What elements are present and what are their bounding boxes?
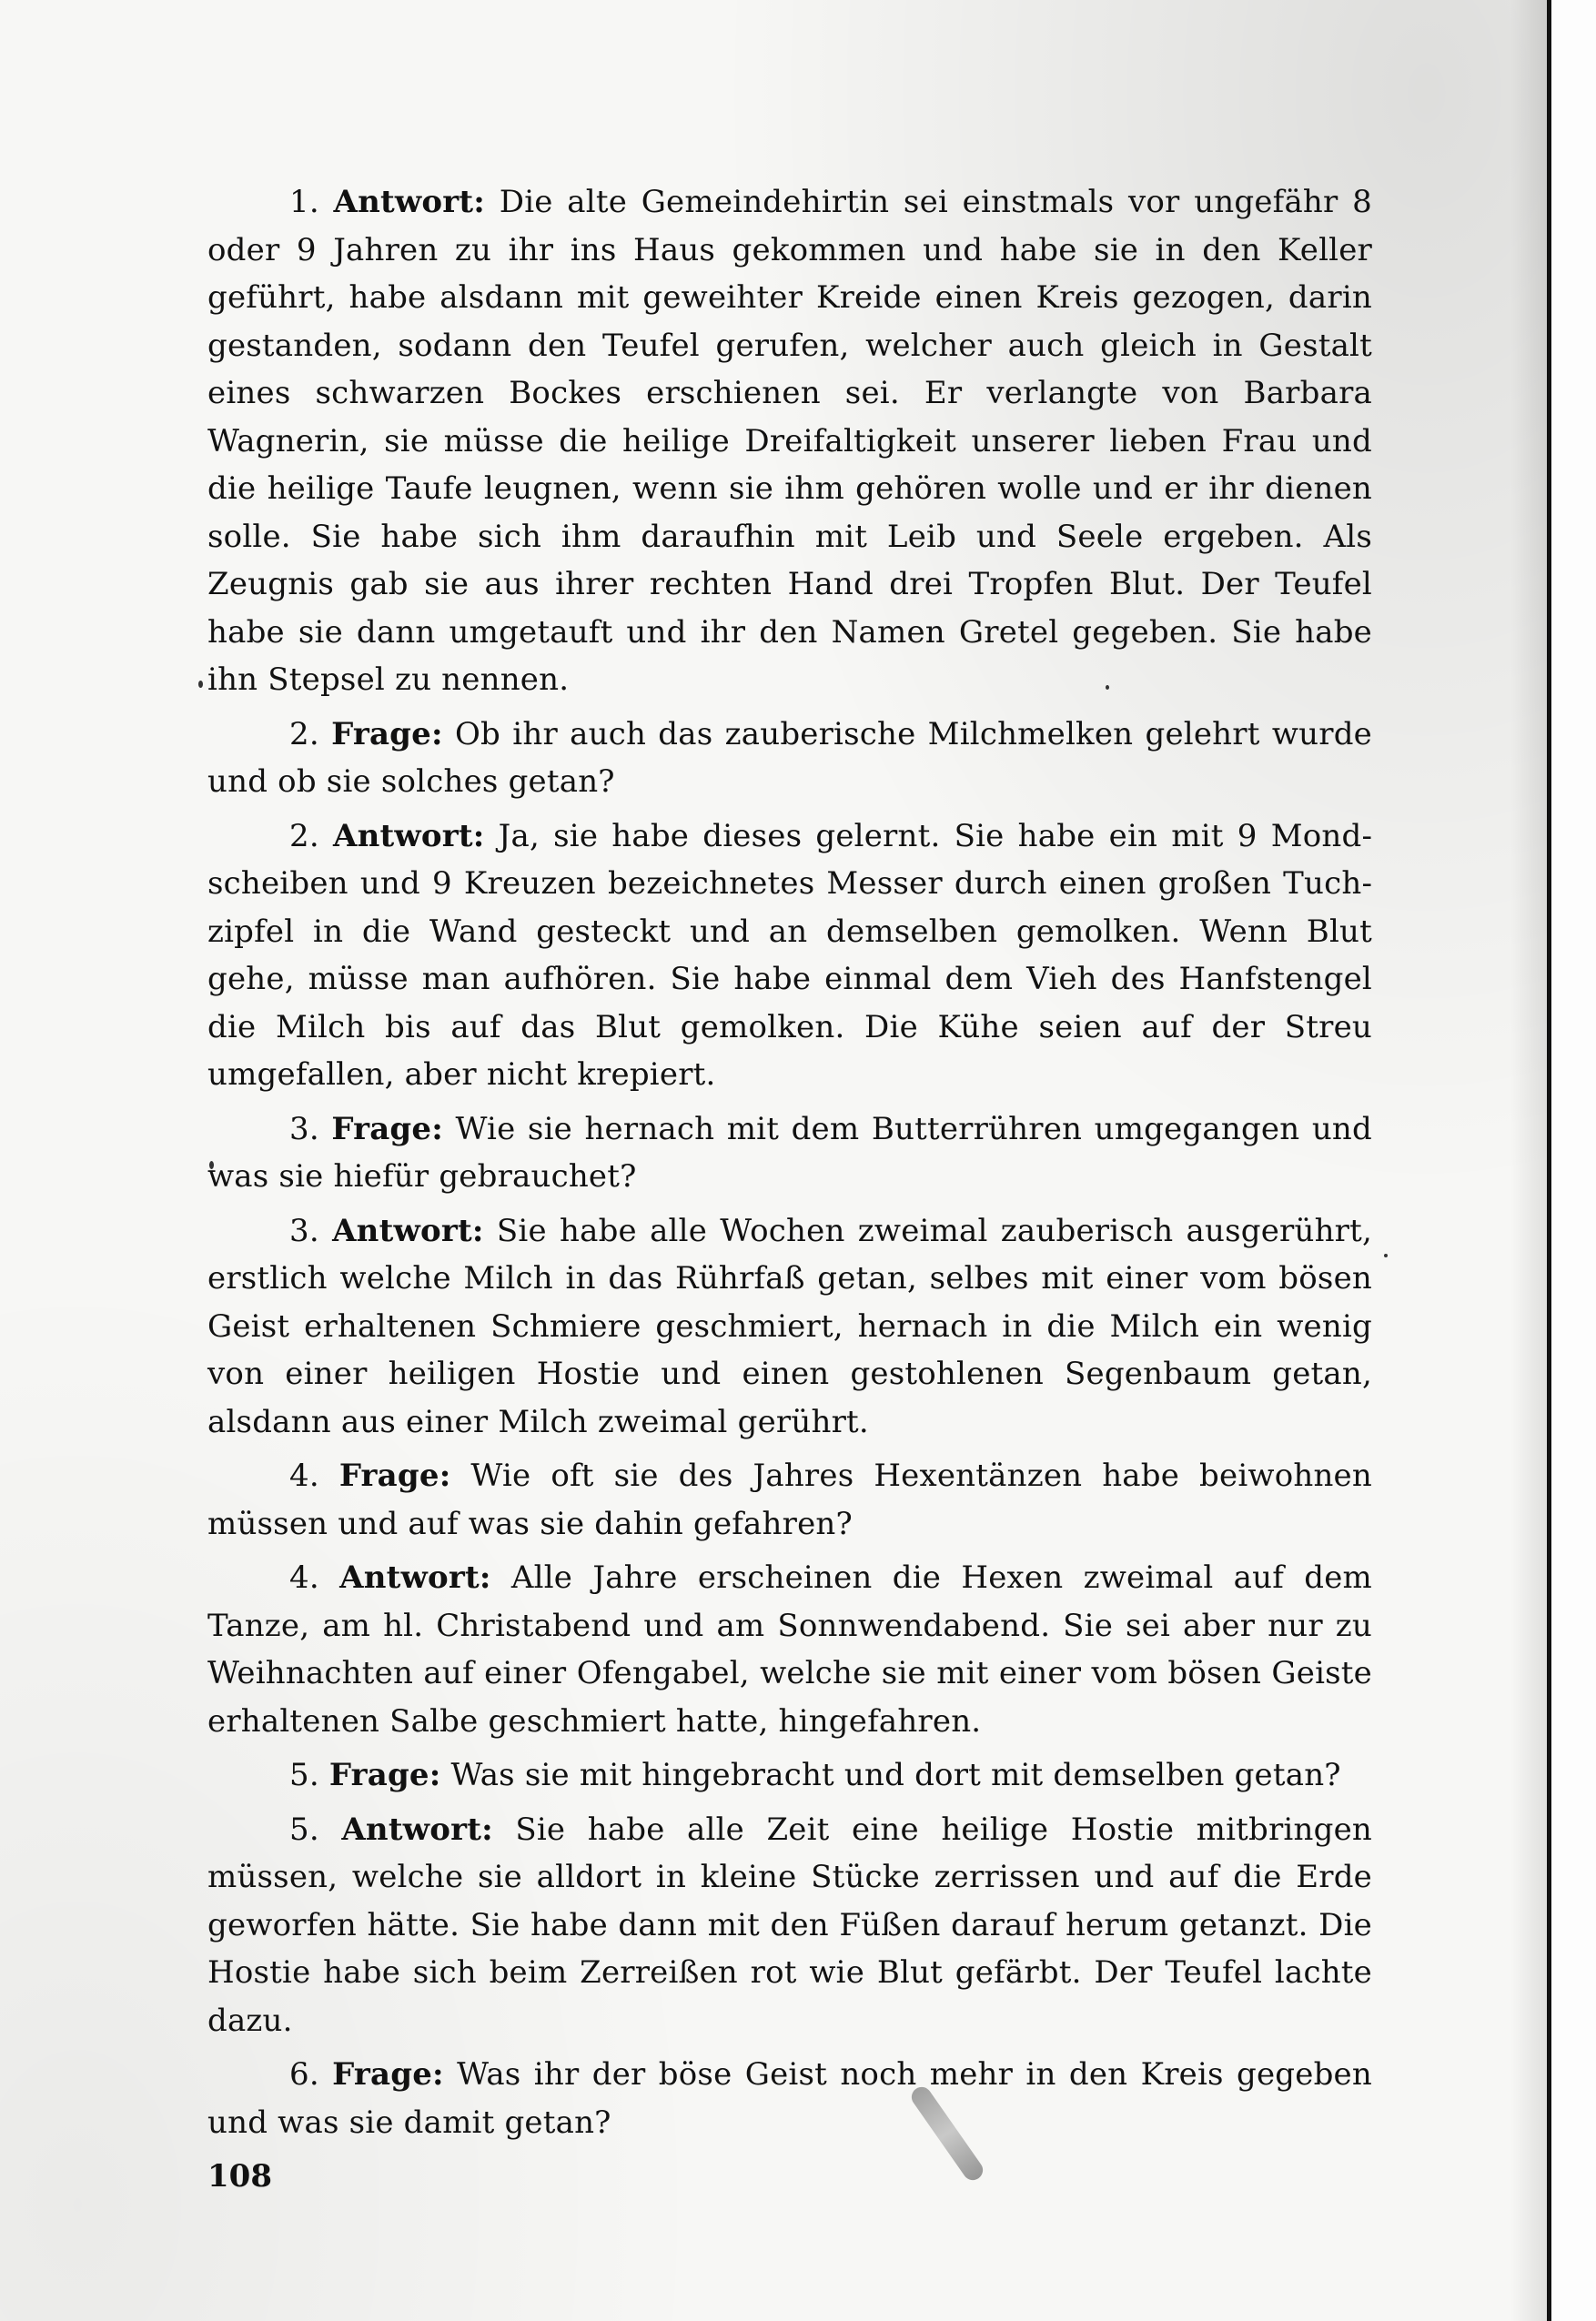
paragraph-answer-3: 3. Antwort: Sie habe alle Wochen zweimal… (207, 1207, 1372, 1447)
item-number: 6. (289, 2056, 319, 2093)
item-number: 2. (289, 716, 319, 752)
item-label: Frage: (329, 1757, 441, 1793)
scan-speck (198, 681, 203, 688)
book-page: 1. Antwort: Die alte Gemeindehirtin sei … (0, 0, 1551, 2321)
scan-speck (1106, 685, 1109, 690)
item-label: Antwort: (334, 184, 486, 220)
item-number: 4. (289, 1559, 319, 1596)
item-label: Frage: (332, 2056, 444, 2093)
paragraph-question-2: 2. Frage: Ob ihr auch das zauberische Mi… (207, 711, 1372, 806)
paragraph-question-5: 5. Frage: Was sie mit hingebracht und do… (207, 1751, 1372, 1800)
item-number: 3. (289, 1111, 319, 1147)
item-label: Antwort: (339, 1559, 491, 1596)
paragraph-answer-5: 5. Antwort: Sie habe alle Zeit eine heil… (207, 1806, 1372, 2045)
scan-speck (1384, 1254, 1388, 1257)
paragraph-answer-4: 4. Antwort: Alle Jahre erscheinen die He… (207, 1554, 1372, 1745)
page-number: 108 (207, 2158, 272, 2195)
item-label: Frage: (339, 1458, 451, 1494)
item-number: 2. (289, 818, 319, 854)
paragraph-question-3: 3. Frage: Wie sie hernach mit dem Butter… (207, 1105, 1372, 1201)
item-label: Frage: (331, 1111, 443, 1147)
paragraph-answer-2: 2. Antwort: Ja, sie habe dieses gelernt.… (207, 812, 1372, 1099)
body-text: 1. Antwort: Die alte Gemeindehirtin sei … (207, 178, 1372, 2153)
item-number: 5. (289, 1757, 319, 1793)
item-label: Antwort: (332, 1213, 484, 1249)
binding-shadow (1510, 0, 1549, 2321)
item-number: 1. (289, 184, 319, 220)
scan-background (1551, 0, 1596, 2321)
paragraph-answer-1: 1. Antwort: Die alte Gemeindehirtin sei … (207, 178, 1372, 704)
item-number: 4. (289, 1458, 319, 1494)
paragraph-question-4: 4. Frage: Wie oft sie des Jahres Hexentä… (207, 1452, 1372, 1548)
item-label: Frage: (331, 716, 443, 752)
item-label: Antwort: (333, 818, 485, 854)
item-text: Ja, sie habe dieses gelernt. Sie habe ei… (207, 818, 1372, 1094)
scan-speck (209, 1161, 214, 1169)
item-label: Antwort: (341, 1811, 493, 1848)
item-number: 3. (289, 1213, 319, 1249)
item-text: Die alte Gemeindehirtin sei einstmals vo… (207, 184, 1372, 698)
item-number: 5. (289, 1811, 319, 1848)
paragraph-question-6: 6. Frage: Was ihr der böse Geist noch me… (207, 2051, 1372, 2146)
item-text: Was sie mit hingebracht und dort mit dem… (451, 1757, 1341, 1793)
